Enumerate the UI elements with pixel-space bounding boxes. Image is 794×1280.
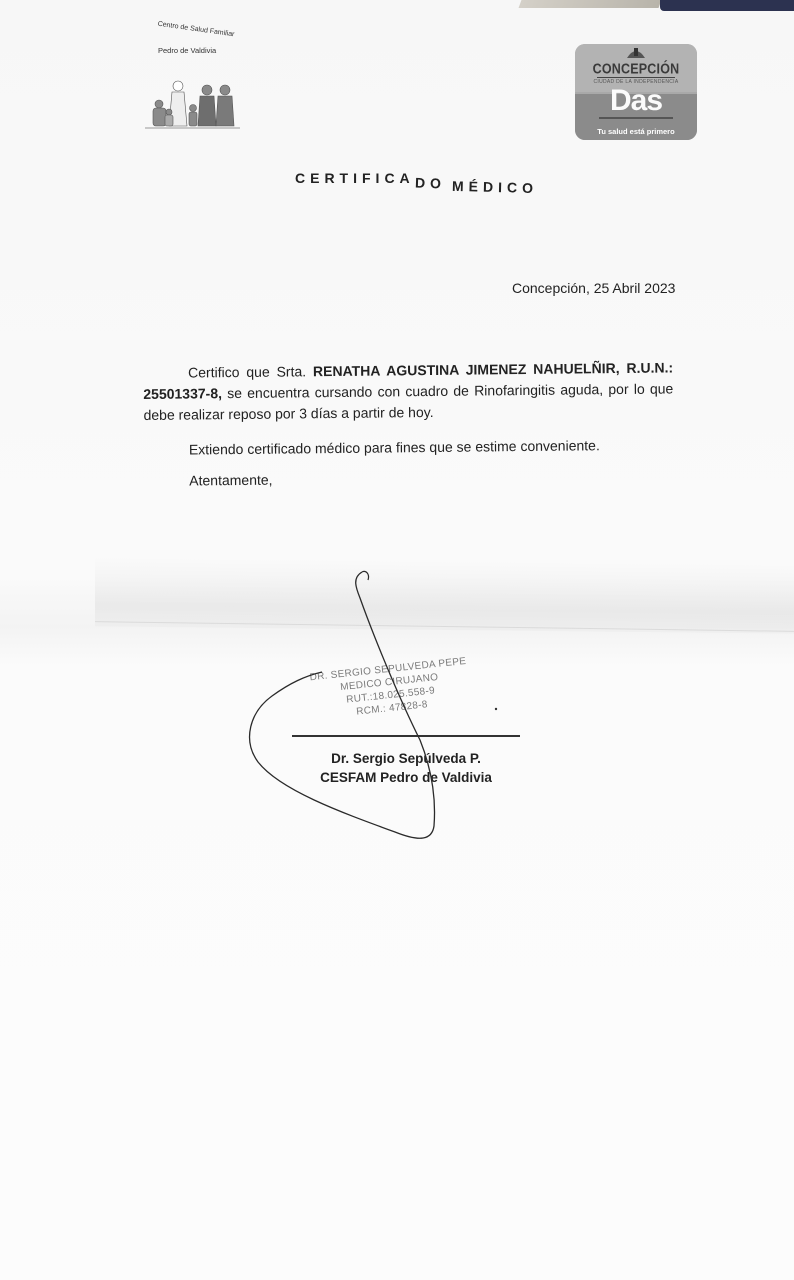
background-object (660, 0, 794, 11)
title-part-3: MÉDICO (451, 178, 537, 196)
paper-sheet (0, 0, 794, 1280)
certificate-paragraph: Certifico que Srta. RENATHA AGUSTINA JIM… (143, 357, 674, 426)
purpose-paragraph: Extiendo certificado médico para fines q… (144, 434, 674, 461)
title-part-1: CERTIFICA (295, 170, 415, 186)
family-illustration-icon (145, 68, 240, 130)
signer-institution: CESFAM Pedro de Valdivia (292, 768, 520, 787)
intro-text: Certifico que Srta. (188, 363, 313, 380)
diagnosis-text: se encuentra cursando con cuadro de Rino… (143, 380, 673, 423)
logo-brand: Das (575, 86, 697, 116)
logo-city-name: CONCEPCIÓN (575, 61, 697, 77)
title-part-2: DO (414, 174, 446, 191)
signature-line (292, 735, 520, 737)
logo-sub-text: Pedro de Valdivia (158, 46, 216, 55)
signer-name: Dr. Sergio Sepúlveda P. (292, 749, 520, 768)
background-edge (519, 0, 662, 8)
signer-block: Dr. Sergio Sepúlveda P. CESFAM Pedro de … (292, 749, 520, 787)
certificate-body: Certifico que Srta. RENATHA AGUSTINA JIM… (143, 357, 674, 492)
logo-tagline: Tu salud está primero (575, 127, 697, 136)
cesfam-logo: Centro de Salud Familiar Pedro de Valdiv… (140, 26, 250, 136)
das-concepcion-logo: CONCEPCIÓN CIUDAD DE LA INDEPENDENCIA Da… (575, 44, 697, 140)
document-date: Concepción, 25 Abril 2023 (512, 280, 675, 296)
city-crest-icon (625, 46, 647, 60)
page-title: CERTIFICADOMÉDICO (295, 170, 538, 186)
